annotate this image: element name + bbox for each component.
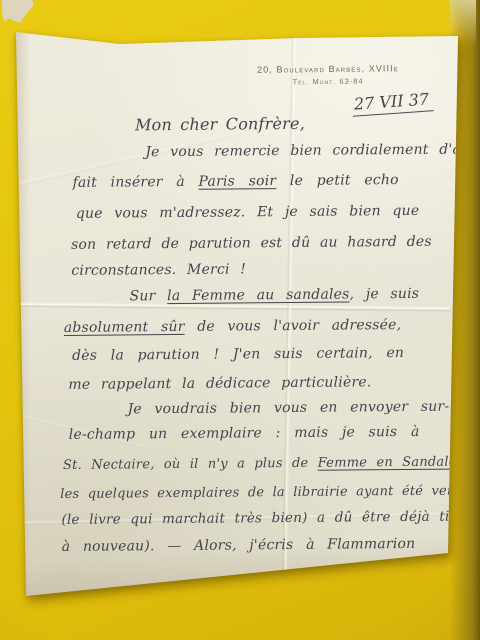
letter-line: Je vous remercie bien cordialement d'avo… <box>145 142 480 159</box>
letter-line: (le livre qui marchait très bien) a dû ê… <box>61 510 464 527</box>
letter-line: que vous m'adressez. Et je sais bien que <box>76 204 420 221</box>
letter-line: dès la parution ! J'en suis certain, en <box>72 346 404 363</box>
letter-line: me rappelant la dédicace particulière. <box>68 375 371 392</box>
letter-line: fait insérer à Paris soir le petit echo <box>72 173 398 190</box>
letter-line: absolument sûr de vous l'avoir adressée, <box>64 318 402 335</box>
letter-line: Je voudrais bien vous en envoyer sur- <box>127 400 449 417</box>
letter-line: St. Nectaire, où il n'y a plus de Femme … <box>63 455 468 472</box>
letter-line: circonstances. Merci ! <box>71 262 246 278</box>
letter-line: le-champ un exemplaire : mais je suis à <box>69 425 420 442</box>
letter-line: à nouveau). — Alors, j'écris à Flammario… <box>62 537 416 554</box>
letter-paper: 20, Boulevard Barbès, XVIIIe Tél. Mont. … <box>0 0 480 640</box>
letter-line: les quelques exemplaires de la librairie… <box>60 484 479 501</box>
paper-shadow: 20, Boulevard Barbès, XVIIIe Tél. Mont. … <box>0 0 480 640</box>
letter-body: Mon cher Confrère, Je vous remercie bien… <box>0 0 480 640</box>
salutation-line: Mon cher Confrère, <box>135 116 305 133</box>
letter-line: Sur la Femme au sandales, je suis <box>129 287 419 304</box>
photo-of-letter: 20, Boulevard Barbès, XVIIIe Tél. Mont. … <box>0 0 480 640</box>
letter-line: son retard de parution est dû au hasard … <box>71 235 432 252</box>
